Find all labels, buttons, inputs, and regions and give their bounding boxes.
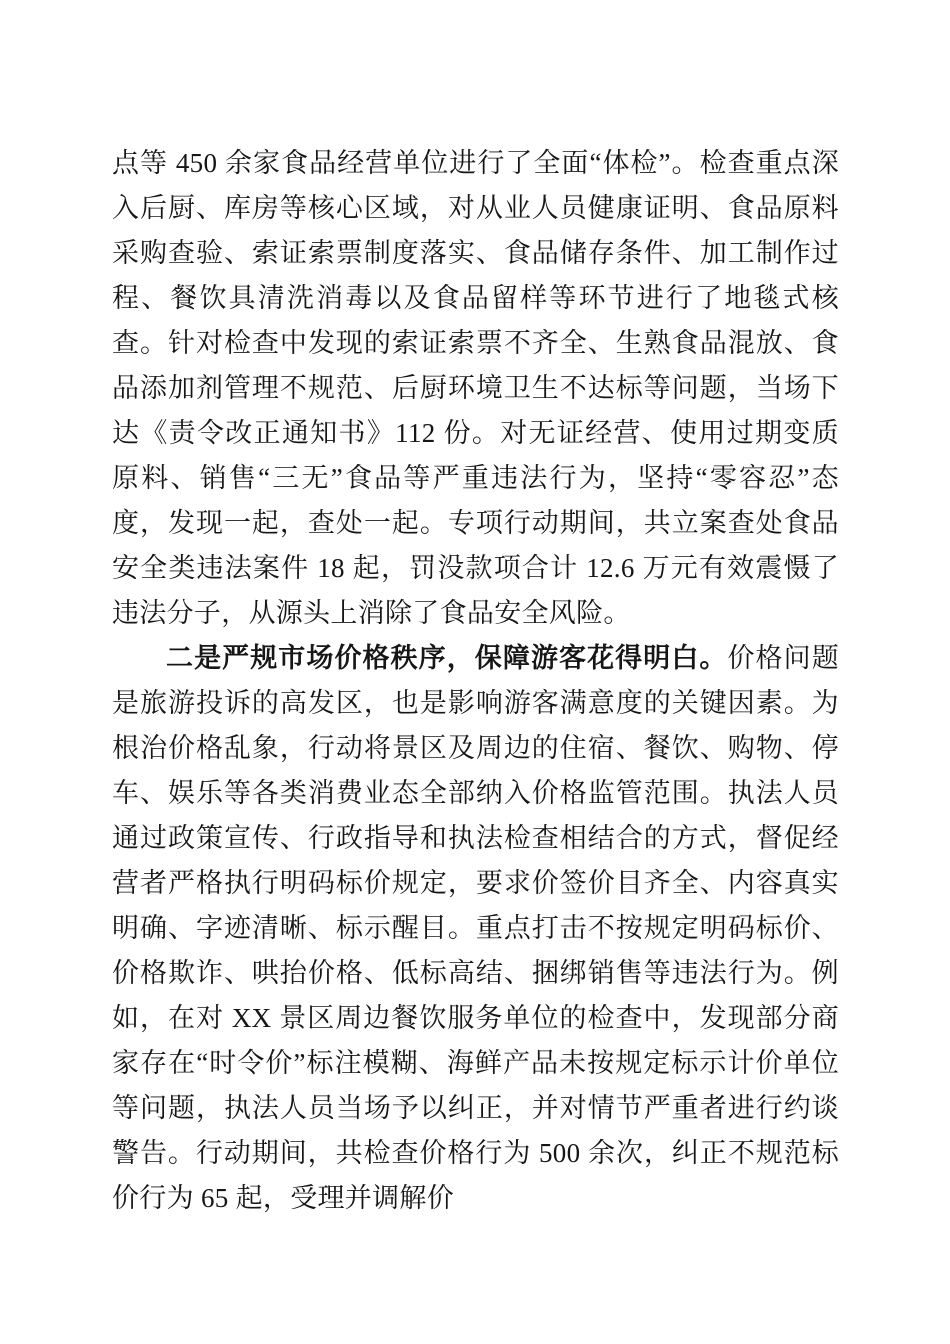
paragraph-price-order-bold-lead: 二是严规市场价格秩序，保障游客花得明白。 bbox=[166, 643, 727, 673]
paragraph-price-order-text: 价格问题是旅游投诉的高发区，也是影响游客满意度的关键因素。为根治价格乱象，行动将… bbox=[112, 643, 839, 1213]
paragraph-food-safety-text: 点等 450 余家食品经营单位进行了全面“体检”。检查重点深入后厨、库房等核心区… bbox=[112, 148, 839, 628]
paragraph-food-safety: 点等 450 余家食品经营单位进行了全面“体检”。检查重点深入后厨、库房等核心区… bbox=[112, 141, 839, 636]
document-page: 点等 450 余家食品经营单位进行了全面“体检”。检查重点深入后厨、库房等核心区… bbox=[0, 0, 950, 1344]
paragraph-price-order: 二是严规市场价格秩序，保障游客花得明白。价格问题是旅游投诉的高发区，也是影响游客… bbox=[112, 636, 839, 1221]
